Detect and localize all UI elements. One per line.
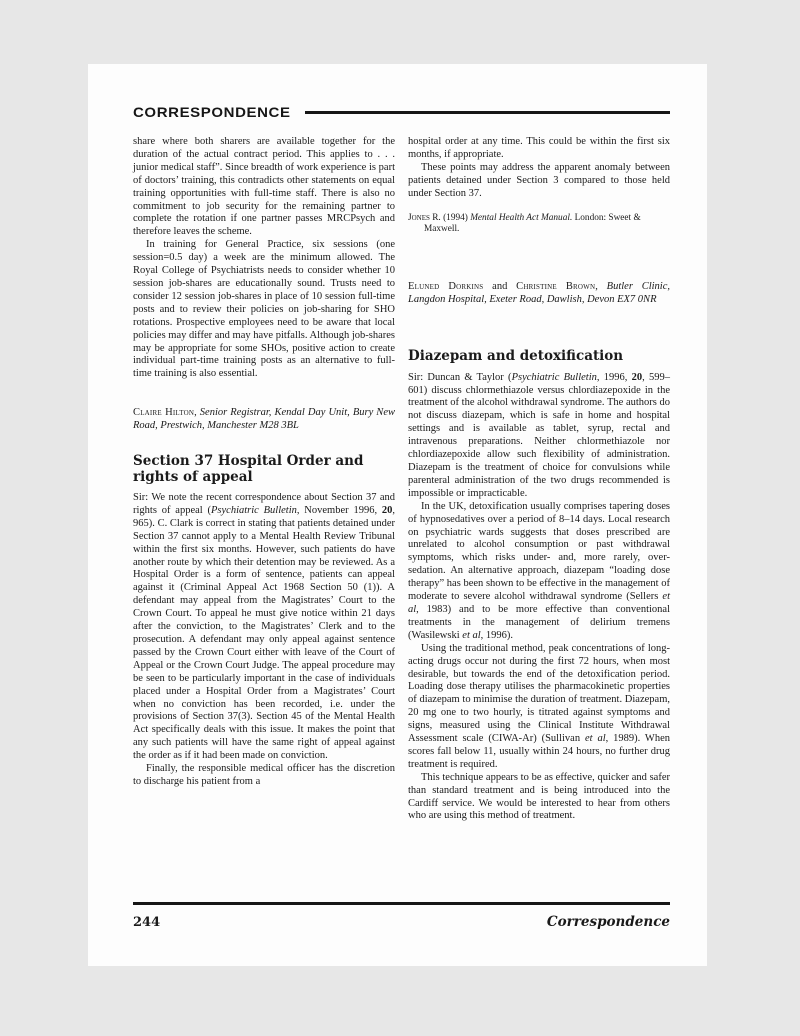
text-segment: 20 [382, 505, 393, 516]
page-footer: 244 Correspondence [133, 902, 670, 930]
text-segment: , 599–601) discuss chlormethiazole versu… [408, 372, 670, 499]
text-segment: , 1996). [481, 630, 513, 641]
text-segment: These points may address the apparent an… [408, 162, 670, 199]
text-segment: , 965). C. Clark is correct in stating t… [133, 505, 395, 761]
text-segment: Psychiatric Bulletin [211, 505, 297, 516]
header-rule [305, 111, 670, 114]
text-segment: Finally, the responsible medical officer… [133, 763, 395, 787]
two-column-text-area: share where both sharers are available t… [133, 136, 670, 823]
footer-rule [133, 902, 670, 905]
footer-row: 244 Correspondence [133, 914, 670, 930]
scanned-journal-page: CORRESPONDENCE share where both sharers … [88, 64, 707, 966]
letter3-paragraph-2: In the UK, detoxification usually compri… [408, 501, 670, 643]
text-segment: share where both sharers are available t… [133, 136, 395, 237]
text-segment: , November 1996, [297, 505, 382, 516]
letter3-paragraph-4: This technique appears to be as effectiv… [408, 772, 670, 824]
byline-hilton: Claire Hilton, Senior Registrar, Kendal … [133, 407, 395, 433]
reference-jones: Jones R. (1994) Mental Health Act Manual… [408, 213, 670, 236]
letter2-paragraph-2: Finally, the responsible medical officer… [133, 763, 395, 789]
text-segment: In the UK, detoxification usually compri… [408, 501, 670, 602]
text-segment: Jones R. [408, 213, 441, 223]
letter3-paragraph-1: Sir: Duncan & Taylor (Psychiatric Bullet… [408, 372, 670, 501]
right-column: hospital order at any time. This could b… [408, 136, 670, 823]
text-segment: and [483, 281, 516, 292]
text-segment: Using the traditional method, peak conce… [408, 643, 670, 744]
text-segment: , 1983) and to be more effective than co… [408, 604, 670, 641]
text-segment: Diazepam and detoxification [408, 348, 623, 364]
letter2-paragraph-3: These points may address the apparent an… [408, 162, 670, 201]
left-column: share where both sharers are available t… [133, 136, 395, 823]
text-segment: , [595, 281, 606, 292]
text-segment: Section 37 Hospital Order and rights of … [133, 453, 363, 485]
running-head: CORRESPONDENCE [133, 104, 670, 121]
text-segment: Christine Brown [516, 281, 595, 292]
letter2-paragraph-1: Sir: We note the recent correspondence a… [133, 492, 395, 763]
text-segment: Psychiatric Bulletin [512, 372, 597, 383]
text-segment: 20 [632, 372, 643, 383]
text-segment: hospital order at any time. This could b… [408, 136, 670, 160]
byline-dorkins-brown: Eluned Dorkins and Christine Brown, Butl… [408, 281, 670, 307]
text-segment: Eluned Dorkins [408, 281, 483, 292]
heading-diazepam: Diazepam and detoxification [408, 349, 670, 365]
footer-running-title: Correspondence [547, 914, 670, 930]
letter3-paragraph-3: Using the traditional method, peak conce… [408, 643, 670, 772]
text-segment: et al [462, 630, 480, 641]
letter1-paragraph-2: In training for General Practice, six se… [133, 239, 395, 381]
text-segment: et al [585, 733, 606, 744]
letter2-continuation-paragraph: hospital order at any time. This could b… [408, 136, 670, 162]
text-segment: Mental Health Act Manual. [470, 213, 572, 223]
text-segment: Claire Hilton [133, 407, 194, 418]
page-number: 244 [133, 915, 160, 930]
text-segment: This technique appears to be as effectiv… [408, 772, 670, 822]
letter1-continuation-paragraph: share where both sharers are available t… [133, 136, 395, 239]
text-segment: Sir: Duncan & Taylor ( [408, 372, 512, 383]
text-segment: In training for General Practice, six se… [133, 239, 395, 379]
text-segment: , 1996, [597, 372, 632, 383]
heading-section37: Section 37 Hospital Order and rights of … [133, 454, 395, 485]
text-segment: (1994) [441, 213, 470, 223]
section-title: CORRESPONDENCE [133, 104, 291, 120]
